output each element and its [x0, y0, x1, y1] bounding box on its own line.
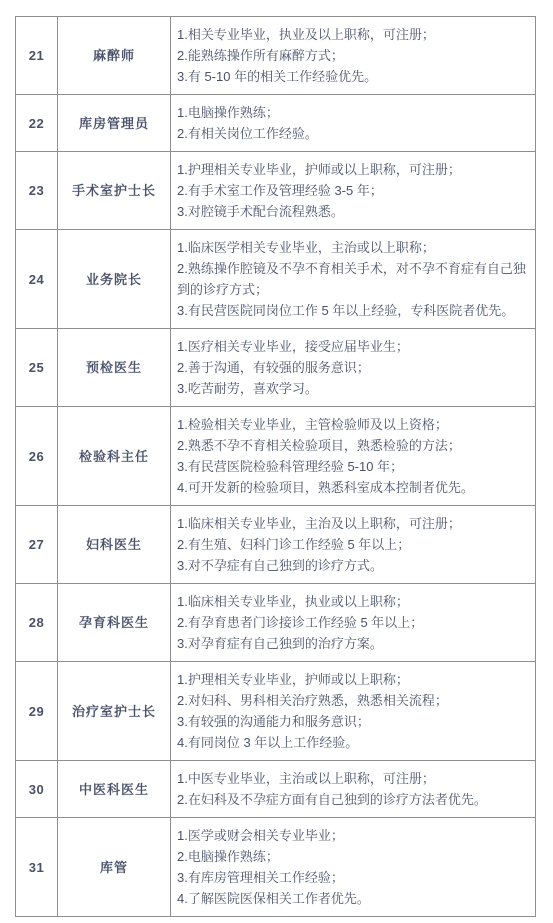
- table-row: 29 治疗室护士长 1.护理相关专业毕业，护师或以上职称； 2.对妇科、男科相关…: [16, 662, 536, 761]
- job-title-cell: 妇科医生: [58, 506, 171, 584]
- job-title-cell: 预检医生: [58, 329, 171, 407]
- row-number-cell: 25: [16, 329, 58, 407]
- positions-table: 21 麻醉师 1.相关专业毕业，执业及以上职称，可注册； 2.能熟练操作所有麻醉…: [15, 16, 536, 917]
- row-number-cell: 23: [16, 152, 58, 230]
- table-row: 27 妇科医生 1.临床相关专业毕业，主治及以上职称，可注册； 2.有生殖、妇科…: [16, 506, 536, 584]
- table-row: 28 孕育科医生 1.临床相关专业毕业，执业或以上职称； 2.有孕育患者门诊接诊…: [16, 584, 536, 662]
- job-title-cell: 麻醉师: [58, 17, 171, 95]
- table-row: 24 业务院长 1.临床医学相关专业毕业，主治或以上职称； 2.熟练操作腔镜及不…: [16, 230, 536, 329]
- requirements-cell: 1.检验相关专业毕业，主管检验师及以上资格； 2.熟悉不孕不育相关检验项目，熟悉…: [171, 407, 536, 506]
- job-title-cell: 治疗室护士长: [58, 662, 171, 761]
- requirements-cell: 1.护理相关专业毕业，护师或以上职称； 2.对妇科、男科相关治疗熟悉，熟悉相关流…: [171, 662, 536, 761]
- row-number-cell: 22: [16, 95, 58, 152]
- job-title-cell: 检验科主任: [58, 407, 171, 506]
- table-row: 26 检验科主任 1.检验相关专业毕业，主管检验师及以上资格； 2.熟悉不孕不育…: [16, 407, 536, 506]
- job-title-cell: 业务院长: [58, 230, 171, 329]
- table-row: 31 库管 1.医学或财会相关专业毕业； 2.电脑操作熟练； 3.有库房管理相关…: [16, 818, 536, 917]
- table-row: 23 手术室护士长 1.护理相关专业毕业，护师或以上职称，可注册； 2.有手术室…: [16, 152, 536, 230]
- requirements-cell: 1.相关专业毕业，执业及以上职称，可注册； 2.能熟练操作所有麻醉方式； 3.有…: [171, 17, 536, 95]
- job-title-cell: 手术室护士长: [58, 152, 171, 230]
- row-number-cell: 27: [16, 506, 58, 584]
- document-page: 21 麻醉师 1.相关专业毕业，执业及以上职称，可注册； 2.能熟练操作所有麻醉…: [0, 0, 553, 923]
- requirements-cell: 1.临床医学相关专业毕业，主治或以上职称； 2.熟练操作腔镜及不孕不育相关手术，…: [171, 230, 536, 329]
- requirements-cell: 1.电脑操作熟练； 2.有相关岗位工作经验。: [171, 95, 536, 152]
- table-row: 21 麻醉师 1.相关专业毕业，执业及以上职称，可注册； 2.能熟练操作所有麻醉…: [16, 17, 536, 95]
- table-row: 25 预检医生 1.医疗相关专业毕业，接受应届毕业生； 2.善于沟通，有较强的服…: [16, 329, 536, 407]
- requirements-cell: 1.临床相关专业毕业，执业或以上职称； 2.有孕育患者门诊接诊工作经验 5 年以…: [171, 584, 536, 662]
- row-number-cell: 29: [16, 662, 58, 761]
- row-number-cell: 28: [16, 584, 58, 662]
- requirements-cell: 1.医疗相关专业毕业，接受应届毕业生； 2.善于沟通，有较强的服务意识； 3.吃…: [171, 329, 536, 407]
- job-title-cell: 库管: [58, 818, 171, 917]
- table-row: 30 中医科医生 1.中医专业毕业，主治或以上职称，可注册； 2.在妇科及不孕症…: [16, 761, 536, 818]
- row-number-cell: 30: [16, 761, 58, 818]
- row-number-cell: 24: [16, 230, 58, 329]
- requirements-cell: 1.护理相关专业毕业，护师或以上职称，可注册； 2.有手术室工作及管理经验 3-…: [171, 152, 536, 230]
- job-title-cell: 中医科医生: [58, 761, 171, 818]
- row-number-cell: 26: [16, 407, 58, 506]
- job-title-cell: 库房管理员: [58, 95, 171, 152]
- requirements-cell: 1.临床相关专业毕业，主治及以上职称，可注册； 2.有生殖、妇科门诊工作经验 5…: [171, 506, 536, 584]
- table-row: 22 库房管理员 1.电脑操作熟练； 2.有相关岗位工作经验。: [16, 95, 536, 152]
- job-title-cell: 孕育科医生: [58, 584, 171, 662]
- row-number-cell: 31: [16, 818, 58, 917]
- row-number-cell: 21: [16, 17, 58, 95]
- requirements-cell: 1.医学或财会相关专业毕业； 2.电脑操作熟练； 3.有库房管理相关工作经验； …: [171, 818, 536, 917]
- requirements-cell: 1.中医专业毕业，主治或以上职称，可注册； 2.在妇科及不孕症方面有自己独到的诊…: [171, 761, 536, 818]
